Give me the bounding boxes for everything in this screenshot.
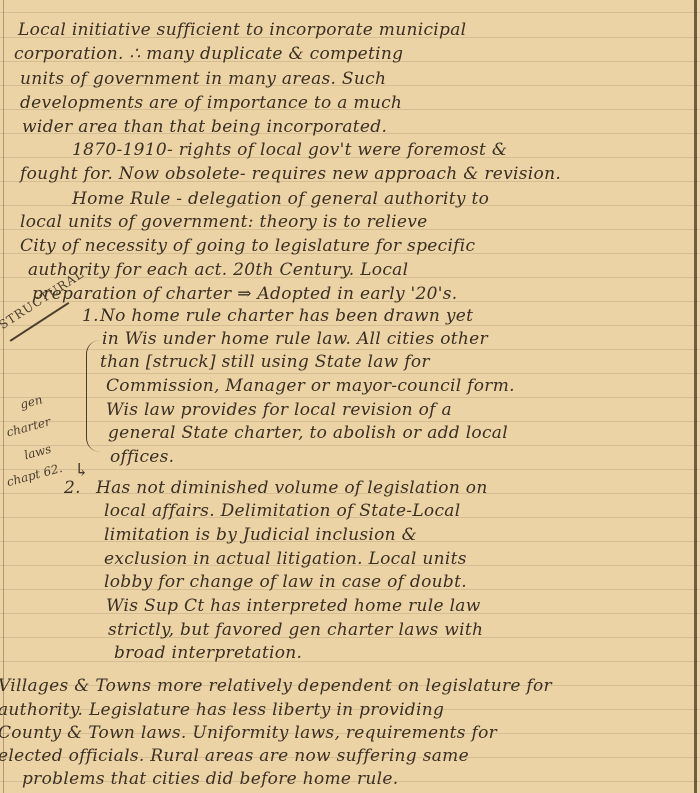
text-line: local affairs. Delimitation of State-Loc… [104,501,460,521]
side-note-line: charter [5,414,52,439]
text-line: Wis Sup Ct has interpreted home rule law [106,596,481,616]
text-line: developments are of importance to a much [20,93,402,113]
side-note-line: gen [19,392,44,411]
text-line: County & Town laws. Uniformity laws, req… [0,723,497,743]
side-note-line: laws [23,442,53,463]
text-line: Commission, Manager or mayor-council for… [106,376,515,396]
text-line: offices. [110,447,174,467]
text-line: units of government in many areas. Such [20,69,386,89]
text-line: authority. Legislature has less liberty … [0,700,444,720]
text-line: lobby for change of law in case of doubt… [104,572,467,592]
text-line: Wis law provides for local revision of a [106,400,452,420]
text-line: wider area than that being incorporated. [22,117,387,137]
right-page-edge [694,0,697,793]
left-margin-line [3,0,4,793]
text-line: 1870-1910- rights of local gov't were fo… [72,140,507,160]
curly-brace [86,340,101,452]
text-line: No home rule charter has been drawn yet [100,306,473,326]
text-line: Home Rule - delegation of general author… [72,189,489,209]
text-line: limitation is by Judicial inclusion & [104,525,417,545]
text-line: corporation. ∴ many duplicate & competin… [14,44,403,64]
text-line: exclusion in actual litigation. Local un… [104,549,467,569]
text-line: in Wis under home rule law. All cities o… [102,329,488,349]
text-line: City of necessity of going to legislatur… [20,236,475,256]
point-marker: 2. [64,478,81,498]
text-line: strictly, but favored gen charter laws w… [108,620,483,640]
text-line: fought for. Now obsolete- requires new a… [20,164,561,184]
text-line: Local initiative sufficient to incorpora… [18,20,466,40]
side-note-line: chapt 62. [5,461,64,489]
point-marker: 1. [82,306,99,326]
text-line: broad interpretation. [114,643,302,663]
notebook-page: Local initiative sufficient to incorpora… [0,0,700,793]
text-line: local units of government: theory is to … [20,212,427,232]
text-line: preparation of charter ⇒ Adopted in earl… [32,284,457,304]
text-line: elected officials. Rural areas are now s… [0,746,469,766]
text-line: Villages & Towns more relatively depende… [0,676,552,696]
text-line: Has not diminished volume of legislation… [96,478,488,498]
text-line: than [struck] still using State law for [100,352,430,372]
text-line: problems that cities did before home rul… [22,769,398,789]
text-line: general State charter, to abolish or add… [108,423,508,443]
